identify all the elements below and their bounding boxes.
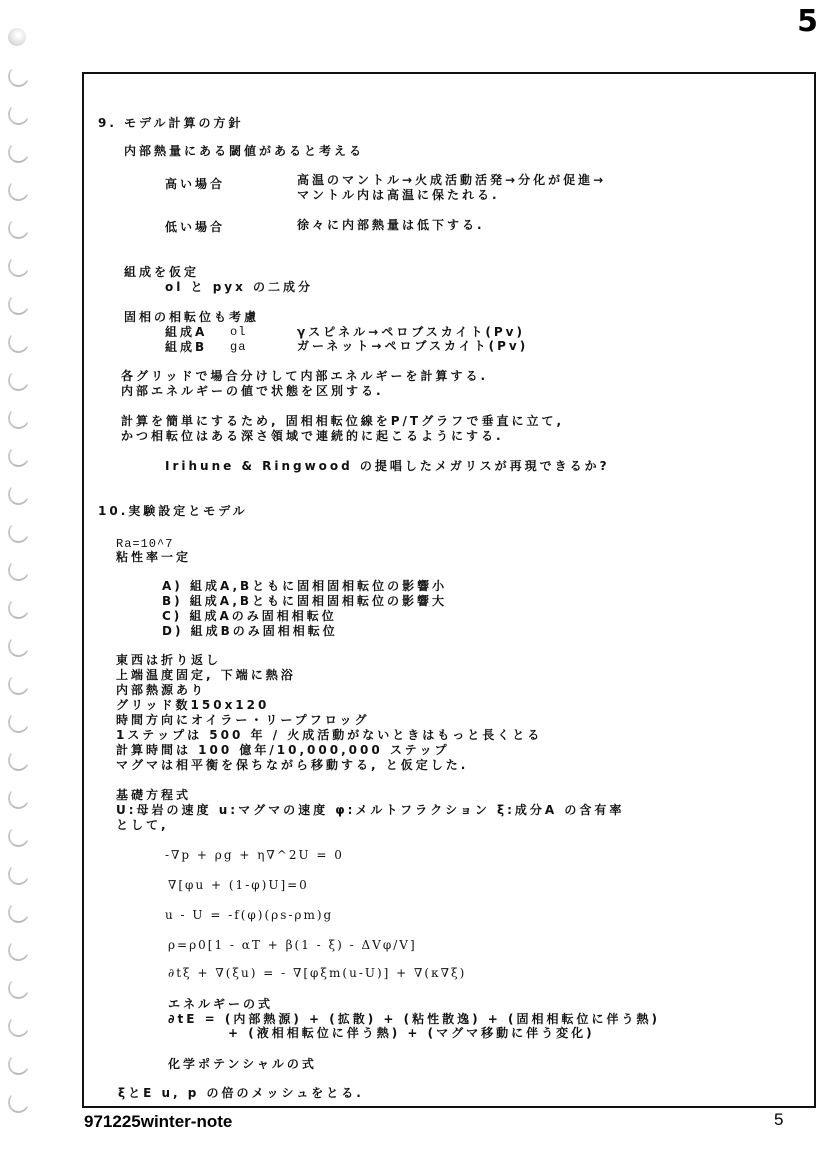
setting-7: 計算時間は 100 億年/10,000,000 ステップ (116, 743, 450, 757)
case-d: D) 組成Bのみ固相相転位 (162, 624, 338, 638)
setting-4: グリッド数150x120 (116, 698, 269, 712)
case-c: C) 組成Aのみ固相相転位 (162, 609, 337, 623)
section10-heading: 10.実験設定とモデル (98, 504, 248, 518)
grid-text-2: 内部エネルギーの値で状態を区別する. (121, 384, 384, 398)
binding-ring-icon (6, 520, 30, 544)
setting-5: 時間方向にオイラー・リープフロッグ (116, 713, 370, 727)
binding-ring-icon (6, 292, 30, 316)
high-case-text-1: 高温のマントル→火成活動活発→分化が促進→ (297, 173, 606, 187)
grid-text-1: 各グリッドで場合分けして内部エネルギーを計算する. (121, 369, 488, 383)
simplify-text-2: かつ相転位はある深さ領域で連続的に起こるようにする. (121, 429, 504, 443)
viscosity-text: 粘性率一定 (116, 550, 191, 564)
phase-row-b-mineral: ga (230, 340, 246, 354)
binding-ring-icon (6, 178, 30, 202)
binding-ring-icon (6, 216, 30, 240)
composition-text: ol と pyx の二成分 (165, 280, 313, 294)
phase-row-a-mineral: ol (230, 325, 246, 339)
phase-row-a-transition: γスピネル→ペロブスカイト(Pv) (297, 325, 525, 339)
binding-ring-icon (6, 1014, 30, 1038)
equation-continuity: ∇[φu + (1-φ)U]=0 (168, 878, 309, 892)
equation-darcy: u - U = -f(φ)(ρs-ρm)g (165, 908, 333, 922)
setting-6: 1ステップは 500 年 / 火成活動がないときはもっと長くとる (116, 728, 542, 742)
binding-ring-icon (7, 27, 28, 48)
energy-heading: エネルギーの式 (168, 997, 273, 1011)
binding-ring-icon (6, 1090, 30, 1114)
equation-momentum: -∇p + ρg + η∇^2U = 0 (165, 848, 344, 862)
setting-8: マグマは相平衡を保ちながら移動する, と仮定した. (116, 758, 468, 772)
simplify-text-1: 計算を簡単にするため, 固相相転位線をP/Tグラフで垂直に立て, (121, 414, 564, 428)
binding-ring-icon (6, 1052, 30, 1076)
binding-ring-icon (6, 254, 30, 278)
threshold-text: 内部熱量にある閾値があると考える (124, 144, 364, 158)
binding-ring-icon (6, 862, 30, 886)
footer-page-number: 5 (774, 1110, 783, 1130)
variables-continuation: として, (116, 818, 169, 832)
binding-ring-icon (6, 406, 30, 430)
chem-potential-heading: 化学ポテンシャルの式 (168, 1057, 317, 1071)
binding-ring-icon (6, 558, 30, 582)
low-case-text: 徐々に内部熱量は低下する. (297, 218, 485, 232)
energy-line-2: + (液相相転位に伴う熱) + (マグマ移動に伴う変化) (228, 1026, 595, 1040)
composition-heading: 組成を仮定 (124, 265, 199, 279)
binding-ring-icon (6, 64, 30, 88)
binding-ring-icon (6, 140, 30, 164)
binding-ring-icon (6, 482, 30, 506)
binding-ring-icon (6, 330, 30, 354)
section9-heading: 9. モデル計算の方針 (98, 116, 244, 130)
setting-1: 東西は折り返し (116, 653, 221, 667)
phase-row-b-name: 組成B (165, 340, 207, 354)
binding-ring-icon (6, 672, 30, 696)
binding-ring-icon (6, 976, 30, 1000)
binding-ring-icon (6, 900, 30, 924)
footer-title: 971225winter-note (84, 1112, 232, 1132)
mesh-note: ξとE u, p の倍のメッシュをとる. (118, 1086, 364, 1100)
binding-ring-icon (6, 748, 30, 772)
case-b: B) 組成A,Bともに固相固相転位の影響大 (162, 594, 447, 608)
phase-heading: 固相の相転位も考慮 (124, 310, 259, 324)
corner-page-number: 5 (797, 4, 818, 39)
equation-composition: ∂tξ + ∇(ξu) = - ∇[φξm(u-U)] + ∇(κ∇ξ) (168, 966, 466, 980)
binding-ring-icon (6, 710, 30, 734)
setting-2: 上端温度固定, 下端に熱浴 (116, 668, 296, 682)
binding-ring-icon (6, 596, 30, 620)
phase-row-b-transition: ガーネット→ペロブスカイト(Pv) (297, 339, 528, 353)
ra-value: Ra=10^7 (116, 537, 173, 551)
high-case-label: 高い場合 (165, 177, 225, 191)
variables-definition: U:母岩の速度 u:マグマの速度 φ:メルトフラクション ξ:成分A の含有率 (116, 803, 624, 817)
equation-density: ρ=ρ0[1 - αT + β(1 - ξ) - ΔVφ/V] (168, 938, 417, 952)
binding-ring-icon (6, 444, 30, 468)
energy-line-1: ∂tE = (内部熱源) + (拡散) + (粘性散逸) + (固相相転位に伴う… (168, 1012, 660, 1026)
phase-row-a-name: 組成A (165, 325, 207, 339)
case-a: A) 組成A,Bともに固相固相転位の影響小 (162, 579, 447, 593)
high-case-text-2: マントル内は高温に保たれる. (297, 188, 500, 202)
binding-ring-icon (6, 368, 30, 392)
setting-3: 内部熱源あり (116, 683, 206, 697)
binding-ring-icon (6, 938, 30, 962)
binding-ring-icon (6, 824, 30, 848)
low-case-label: 低い場合 (165, 220, 225, 234)
binding-ring-icon (6, 634, 30, 658)
binding-ring-icon (6, 786, 30, 810)
binding-ring-icon (6, 102, 30, 126)
megalith-question: Irihune & Ringwood の提唱したメガリスが再現できるか? (165, 459, 610, 473)
basic-equations-heading: 基礎方程式 (116, 788, 191, 802)
